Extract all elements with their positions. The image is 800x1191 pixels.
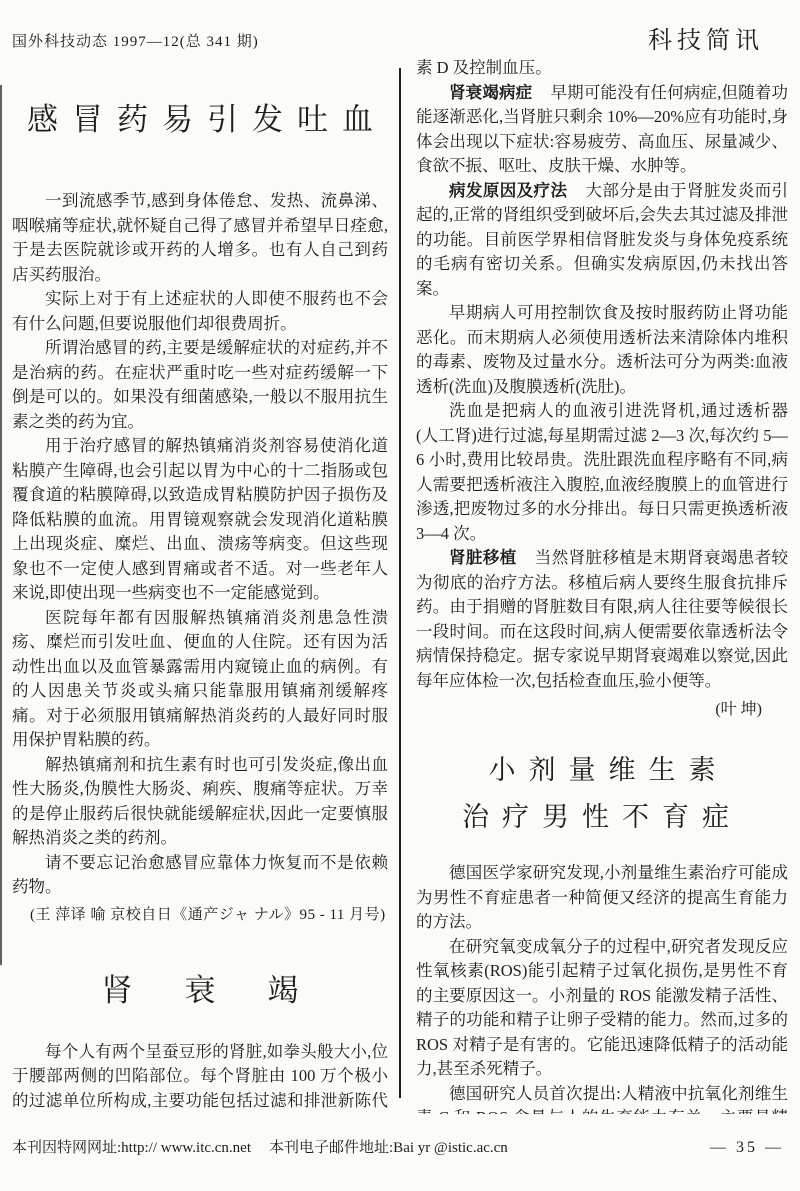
paragraph-head: 肾衰竭病症 xyxy=(449,83,532,102)
paragraph-text: 洗血是把病人的血液引进洗肾机,通过透析器(人工肾)进行过滤,每星期需过滤 2—3… xyxy=(416,401,788,543)
footer-contact-info: 本刊因特网网址:http:// www.itc.cn.net本刊电子邮件地址:B… xyxy=(12,1136,526,1157)
paragraph-text: 早期病人可用控制饮食及按时服药防止肾功能恶化。而末期病人必须使用透析法来清除体内… xyxy=(416,303,788,396)
page-footer: 本刊因特网网址:http:// www.itc.cn.net本刊电子邮件地址:B… xyxy=(12,1136,784,1157)
paragraph-with-head: 病发原因及疗法大部分是由于肾脏发炎而引起的,正常的肾组织受到破坏后,会失去其过滤… xyxy=(416,179,788,302)
paragraph: 每个人有两个呈蚕豆形的肾脏,如拳头般大小,位于腰部两侧的凹陷部位。每个肾脏由 1… xyxy=(12,1040,388,1109)
paragraph-head: 病发原因及疗法 xyxy=(449,181,567,200)
footer-website: 本刊因特网网址:http:// www.itc.cn.net xyxy=(12,1140,251,1156)
paragraph-with-head: 肾衰竭病症早期可能没有任何病症,但随着功能逐渐恶化,当肾脏只剩余 10%—20%… xyxy=(416,81,788,179)
magazine-page: 国外科技动态 1997—12(总 341 期) 科技简讯 感冒药易引发吐血 一到… xyxy=(0,0,800,1191)
paragraph: 请不要忘记治愈感冒应靠体力恢复而不是依赖药物。 xyxy=(12,851,388,900)
title-line-1: 小剂量维生素 xyxy=(489,755,729,785)
paragraph: 实际上对于有上述症状的人即使不服药也不会有什么问题,但要说服他们却很费周折。 xyxy=(12,287,388,336)
paragraph: 所谓治感冒的药,主要是缓解症状的对症药,并不是治病的药。在症状严重时吃一些对症药… xyxy=(12,336,388,434)
paragraph-text: 当然肾脏移植是末期肾衰竭患者较为彻底的治疗方法。移植后病人要终生服食抗排斥药。由… xyxy=(416,548,788,690)
paragraph: 早期病人可用控制饮食及按时服药防止肾功能恶化。而末期病人必须使用透析法来清除体内… xyxy=(416,301,788,399)
paragraph-continuation: 素 D 及控制血压。 xyxy=(416,56,788,81)
column-divider xyxy=(399,68,401,1098)
page-number: — 35 — xyxy=(710,1139,784,1157)
paragraph: 解热镇痛剂和抗生素有时也可引发炎症,像出血性大肠炎,伪膜性大肠炎、痢疾、腹痛等症… xyxy=(12,753,388,851)
paragraph: 德国研究人员首次提出:人精液中抗氧化剂维生素 C 和 ROS 含量与人的生育能力… xyxy=(416,1082,788,1115)
paragraph: 在研究氧变成氧分子的过程中,研究者发现反应性氧核素(ROS)能引起精子过氧化损伤… xyxy=(416,935,788,1082)
right-column: 素 D 及控制血压。 肾衰竭病症早期可能没有任何病症,但随着功能逐渐恶化,当肾脏… xyxy=(416,56,788,1114)
paragraph-head: 肾脏移植 xyxy=(449,548,517,567)
footer-email: 本刊电子邮件地址:Bai yr @istic.ac.cn xyxy=(269,1140,508,1156)
scan-edge-artifact xyxy=(0,85,2,965)
section-title: 科技简讯 xyxy=(648,20,764,55)
article-title-cold-medicine: 感冒药易引发吐血 xyxy=(12,94,388,139)
translator-citation: (王 萍译 喻 京校自日《通产ジャ ナル》95 - 11 月号) xyxy=(12,903,388,927)
title-line-2: 治疗男性不育症 xyxy=(462,802,742,832)
paragraph-with-head: 肾脏移植当然肾脏移植是末期肾衰竭患者较为彻底的治疗方法。移植后病人要终生服食抗排… xyxy=(416,546,788,693)
left-column: 感冒药易引发吐血 一到流感季节,感到身体倦怠、发热、流鼻涕、咽喉痛等症状,就怀疑… xyxy=(12,76,388,1108)
paragraph: 洗血是把病人的血液引进洗肾机,通过透析器(人工肾)进行过滤,每星期需过滤 2—3… xyxy=(416,399,788,546)
author-byline: (叶 坤) xyxy=(416,697,788,723)
journal-issue-info: 国外科技动态 1997—12(总 341 期) xyxy=(12,30,259,51)
article-title-kidney-failure: 肾衰竭 xyxy=(12,965,388,1010)
paragraph: 用于治疗感冒的解热镇痛消炎剂容易使消化道粘膜产生障碍,也会引起以胃为中心的十二指… xyxy=(12,434,388,606)
paragraph: 德国医学家研究发现,小剂量维生素治疗可能成为男性不育症患者一种简便又经济的提高生… xyxy=(416,861,788,935)
article-title-vitamin-infertility: 小剂量维生素治疗男性不育症 xyxy=(416,747,788,841)
paragraph: 医院每年都有因服解热镇痛消炎剂患急性溃疡、糜烂而引发吐血、便血的人住院。还有因为… xyxy=(12,606,388,753)
paragraph: 一到流感季节,感到身体倦怠、发热、流鼻涕、咽喉痛等症状,就怀疑自己得了感冒并希望… xyxy=(12,189,388,287)
